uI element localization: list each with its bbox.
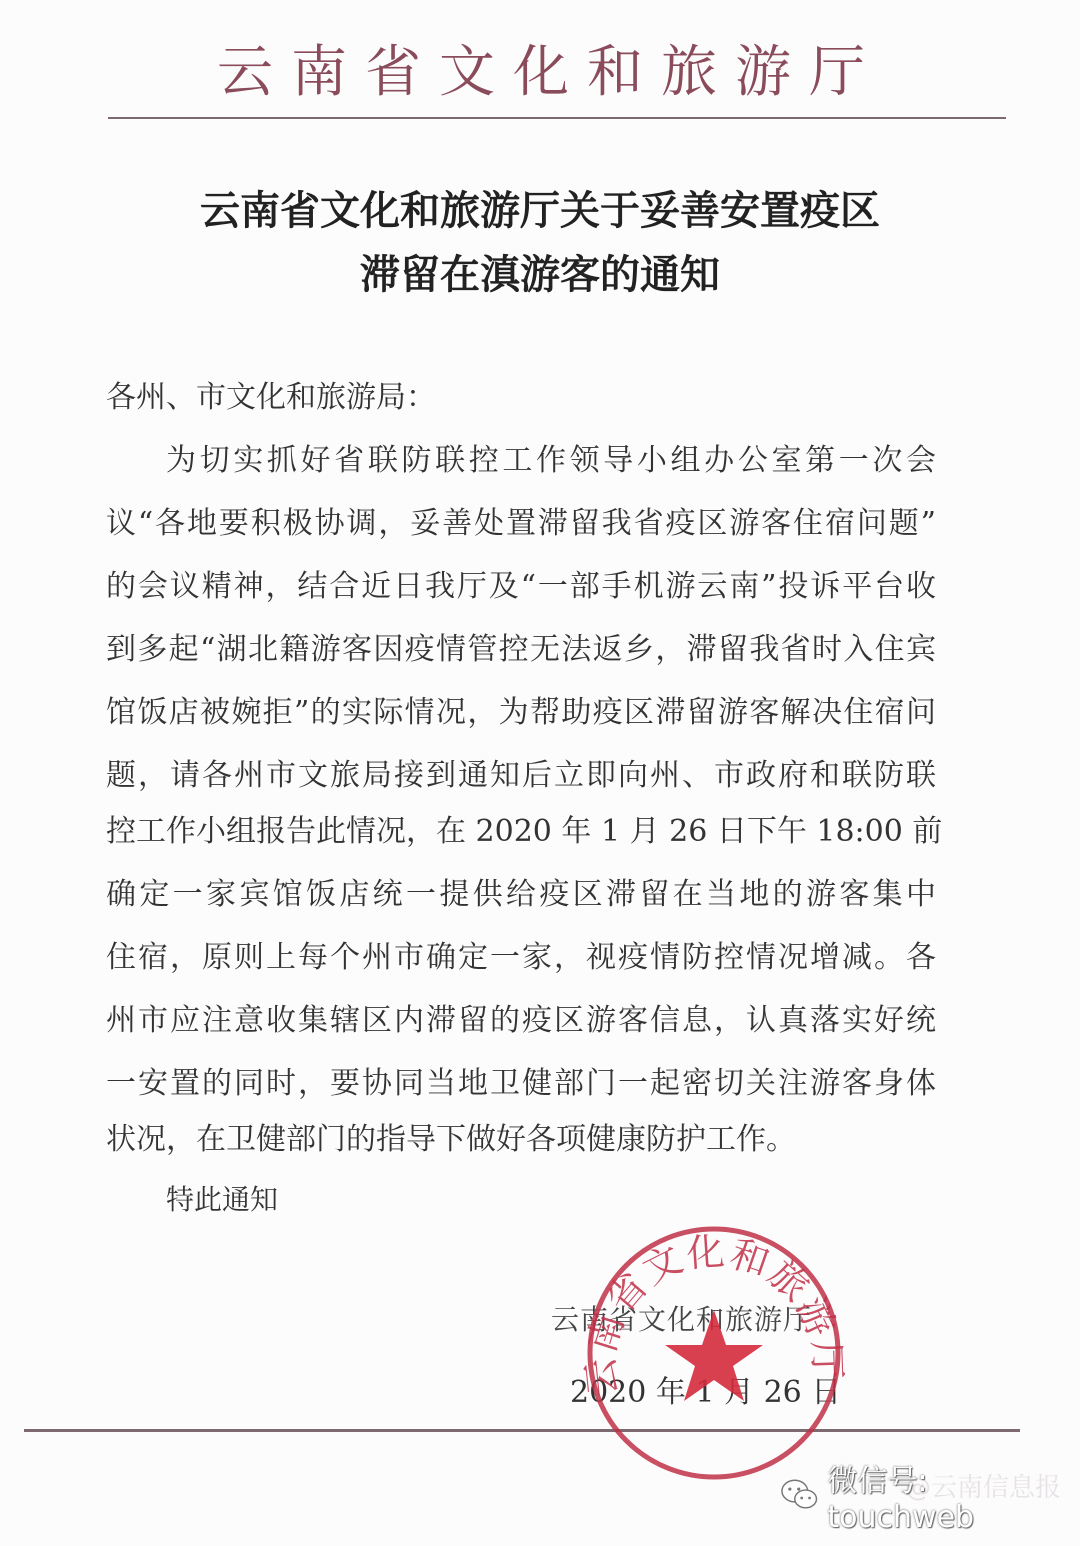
signature-org: 云南省文化和旅游厅 — [551, 1300, 812, 1340]
letterhead-divider — [108, 117, 1006, 119]
signature-date: 2020 年 1 月 26 日 — [570, 1373, 841, 1413]
body-line: 馆饭店被婉拒”的实际情况，为帮助疫区滞留游客解决住宿问 — [106, 693, 936, 733]
body-line: 一安置的同时，要协同当地卫健部门一起密切关注游客身体 — [106, 1064, 936, 1104]
document-title-line-1: 云南省文化和旅游厅关于妥善安置疫区 — [0, 186, 1080, 236]
body-line: 状况，在卫健部门的指导下做好各项健康防护工作。 — [106, 1120, 936, 1160]
letterhead-org-name: 云南省文化和旅游厅 — [0, 38, 1080, 108]
body-line: 确定一家宾馆饭店统一提供给疫区滞留在当地的游客集中 — [106, 875, 936, 915]
salutation: 各州、市文化和旅游局： — [106, 378, 436, 418]
body-line: 住宿，原则上每个州市确定一家，视疫情防控情况增减。各 — [106, 938, 936, 978]
wechat-watermark: 微信号: touchweb — [780, 1475, 1080, 1515]
body-line: 议“各地要积极协调，妥善处置滞留我省疫区游客住宿问题” — [106, 504, 936, 544]
body-line: 控工作小组报告此情况，在 2020 年 1 月 26 日下午 18:00 前 — [106, 812, 936, 852]
body-line: 为切实抓好省联防联控工作领导小组办公室第一次会 — [166, 441, 936, 481]
body-line: 到多起“湖北籍游客因疫情管控无法返乡，滞留我省时入住宾 — [106, 630, 936, 670]
wechat-id-label: 微信号: touchweb — [827, 1456, 1080, 1535]
wechat-icon — [780, 1478, 819, 1512]
body-line: 的会议精神，结合近日我厅及“一部手机游云南”投诉平台收 — [106, 567, 936, 607]
document-title-line-2: 滞留在滇游客的通知 — [0, 250, 1080, 300]
body-line: 州市应注意收集辖区内滞留的疫区游客信息，认真落实好统 — [106, 1001, 936, 1041]
footer-divider — [24, 1429, 1020, 1432]
official-seal-icon: 云南省文化和旅游厅 — [583, 1222, 845, 1484]
closing-phrase: 特此通知 — [166, 1180, 278, 1220]
body-line: 题，请各州市文旅局接到通知后立即向州、市政府和联防联 — [106, 756, 936, 796]
